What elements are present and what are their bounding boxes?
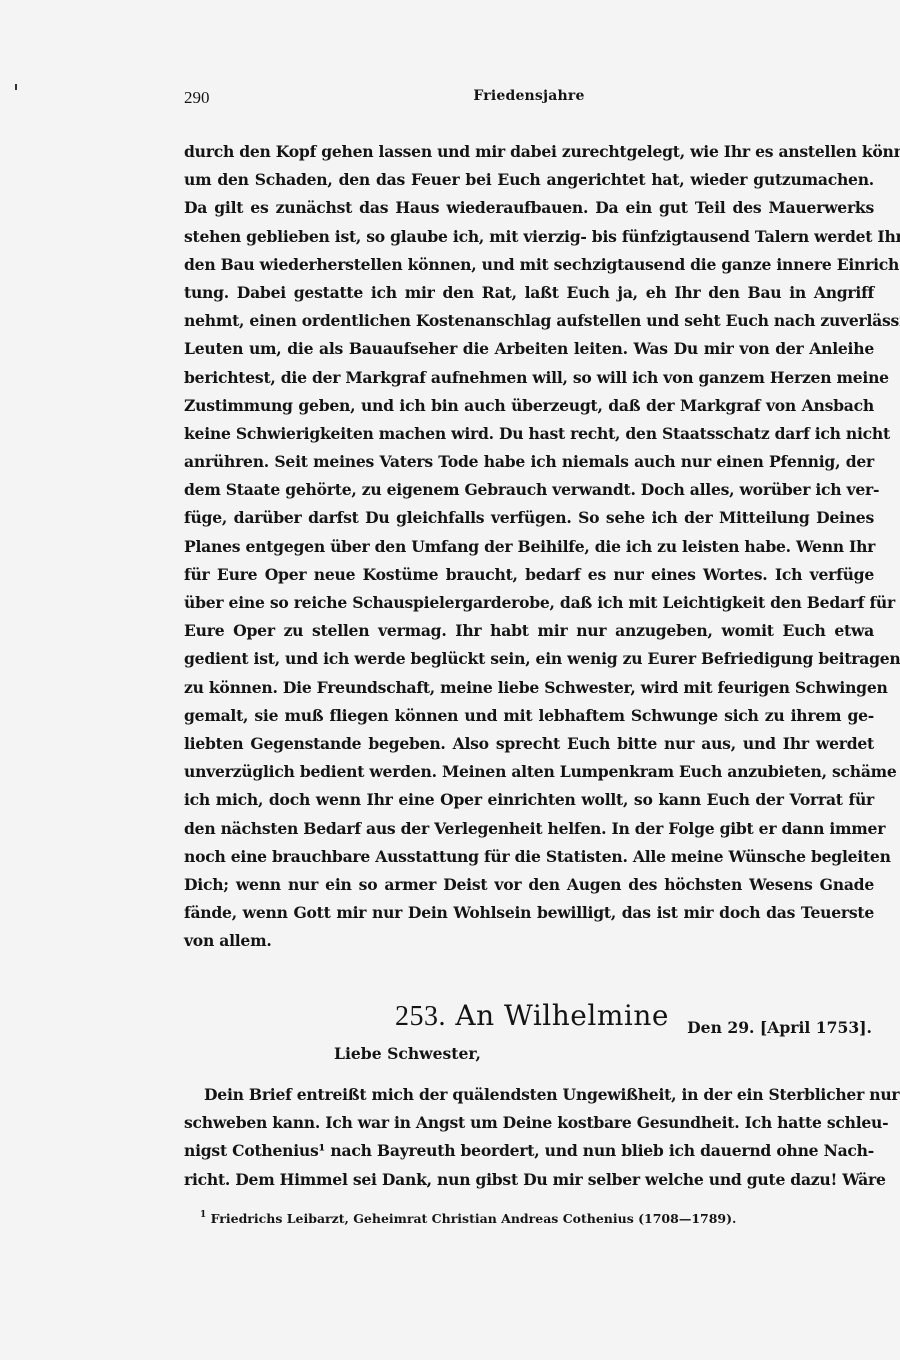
letter-date: Den 29. [April 1753]. [687,1018,872,1037]
text-line: zu können. Die Freundschaft, meine liebe… [184,674,874,702]
text-line: berichtest, die der Markgraf aufnehmen w… [184,364,874,392]
text-line: stehen geblieben ist, so glaube ich, mit… [184,223,874,251]
continuation-text: durch den Kopf gehen lassen und mir dabe… [184,138,874,955]
text-line: für Eure Oper neue Kostüme braucht, beda… [184,561,874,589]
text-line: dem Staate gehörte, zu eigenem Gebrauch … [184,476,874,504]
text-line: füge, darüber darfst Du gleichfalls verf… [184,504,874,532]
text-line: den Bau wiederherstellen können, und mit… [184,251,874,279]
running-title: Friedensjahre [184,88,874,104]
running-head: 290 Friedensjahre [184,88,874,112]
text-line: Da gilt es zunächst das Haus wiederaufba… [184,194,874,222]
text-line: fände, wenn Gott mir nur Dein Wohlsein b… [184,899,874,927]
letter-title: An Wilhelmine [455,999,669,1032]
footnote-text: Friedrichs Leibarzt, Geheimrat Christian… [211,1211,737,1226]
text-line: gedient ist, und ich werde beglückt sein… [184,645,874,673]
footnote: 1 Friedrichs Leibarzt, Geheimrat Christi… [200,1211,736,1226]
scan-speck [15,84,17,90]
text-line: schweben kann. Ich war in Angst um Deine… [184,1109,874,1137]
salutation: Liebe Schwester, [334,1044,481,1063]
text-line: noch eine brauchbare Ausstattung für die… [184,843,874,871]
text-line: keine Schwierigkeiten machen wird. Du ha… [184,420,874,448]
text-line: richt. Dem Himmel sei Dank, nun gibst Du… [184,1166,874,1194]
text-line: Dein Brief entreißt mich der quälendsten… [184,1081,874,1109]
text-line: ich mich, doch wenn Ihr eine Oper einric… [184,786,874,814]
text-line: Zustimmung geben, und ich bin auch überz… [184,392,874,420]
text-line: nigst Cothenius¹ nach Bayreuth beordert,… [184,1137,874,1165]
letter-body: Dein Brief entreißt mich der quälendsten… [184,1081,874,1194]
letter-heading: 253. An Wilhelmine [395,999,669,1033]
text-line: Dich; wenn nur ein so armer Deist vor de… [184,871,874,899]
letter-number: 253. [395,1001,446,1032]
text-line: Leuten um, die als Bauaufseher die Arbei… [184,335,874,363]
text-line: von allem. [184,927,874,955]
text-line: anrühren. Seit meines Vaters Tode habe i… [184,448,874,476]
text-line: unverzüglich bedient werden. Meinen alte… [184,758,874,786]
text-line: Eure Oper zu stellen vermag. Ihr habt mi… [184,617,874,645]
text-line: tung. Dabei gestatte ich mir den Rat, la… [184,279,874,307]
text-line: nehmt, einen ordentlichen Kostenanschlag… [184,307,874,335]
text-line: Planes entgegen über den Umfang der Beih… [184,533,874,561]
text-line: um den Schaden, den das Feuer bei Euch a… [184,166,874,194]
text-line: gemalt, sie muß fliegen können und mit l… [184,702,874,730]
text-line: durch den Kopf gehen lassen und mir dabe… [184,138,874,166]
text-line: den nächsten Bedarf aus der Verlegenheit… [184,815,874,843]
footnote-marker: 1 [200,1210,206,1220]
text-line: liebten Gegenstande begeben. Also sprech… [184,730,874,758]
text-line: über eine so reiche Schauspielergarderob… [184,589,874,617]
